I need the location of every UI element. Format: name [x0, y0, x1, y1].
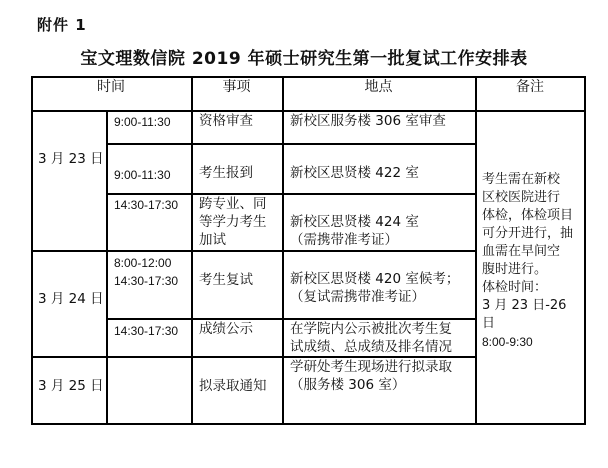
col-divider	[282, 76, 284, 425]
item-cell: 成绩公示	[199, 320, 253, 338]
row-divider	[31, 250, 475, 252]
remarks-line: 可分开进行，抽	[482, 225, 582, 243]
place-line: （服务楼 306 室）	[290, 376, 452, 394]
item-cell: 跨专业、同 等学力考生 加试	[199, 195, 267, 249]
attachment-label: 附件 1	[37, 14, 87, 35]
time-cell: 9:00-11:30	[114, 113, 171, 131]
date-cell: 3 月 24 日	[38, 290, 106, 308]
place-line: 新校区思贤楼 420 室候考；	[290, 270, 459, 288]
col-divider	[475, 76, 477, 425]
date-cell: 3 月 25 日	[38, 377, 106, 395]
place-line: 学研处考生现场进行拟录取	[290, 358, 452, 376]
place-line: 在学院内公示被批次考生复	[290, 320, 452, 338]
place-cell: 新校区思贤楼 424 室 （需携带准考证）	[290, 213, 419, 249]
remarks-line: 区校医院进行	[482, 189, 582, 207]
place-line: 新校区思贤楼 424 室	[290, 213, 419, 231]
place-cell: 学研处考生现场进行拟录取 （服务楼 306 室）	[290, 358, 452, 394]
time-line: 8:00-12:00	[114, 254, 178, 272]
header-place: 地点	[282, 78, 475, 96]
remarks-line: 体检，体检项目	[482, 207, 582, 225]
time-cell: 8:00-12:00 14:30-17:30	[114, 254, 178, 290]
date-cell: 3 月 23 日	[38, 150, 106, 168]
row-divider	[106, 193, 475, 195]
item-cell: 考生复试	[199, 271, 253, 289]
place-cell: 新校区思贤楼 420 室候考； （复试需携带准考证）	[290, 270, 459, 306]
col-divider	[191, 76, 193, 425]
item-line: 等学力考生	[199, 213, 267, 231]
header-time: 时间	[31, 78, 191, 96]
time-cell: 14:30-17:30	[114, 322, 178, 340]
place-line: 试成绩、总成绩及排名情况	[290, 338, 452, 356]
remarks-line: 体检时间：	[482, 279, 582, 297]
item-cell: 拟录取通知	[199, 377, 267, 395]
document-title: 宝文理数信院 2019 年硕士研究生第一批复试工作安排表	[0, 44, 608, 69]
item-cell: 资格审查	[199, 112, 253, 130]
place-cell: 在学院内公示被批次考生复 试成绩、总成绩及排名情况	[290, 320, 452, 356]
col-divider	[106, 110, 108, 424]
remarks-line: 8:00-9:30	[482, 333, 582, 351]
time-line: 14:30-17:30	[114, 272, 178, 290]
time-cell: 9:00-11:30	[114, 166, 171, 184]
row-divider	[106, 143, 475, 145]
remarks-line: 3 月 23 日-26 日	[482, 297, 582, 333]
remarks-line: 腹时进行。	[482, 261, 582, 279]
item-cell: 考生报到	[199, 164, 253, 182]
place-line: （复试需携带准考证）	[290, 288, 459, 306]
remarks-line: 考生需在新校	[482, 171, 582, 189]
place-line: （需携带准考证）	[290, 231, 419, 249]
time-cell: 14:30-17:30	[114, 196, 178, 214]
place-cell: 新校区思贤楼 422 室	[290, 164, 419, 182]
header-item: 事项	[191, 78, 282, 96]
table-border-left	[31, 76, 33, 425]
item-line: 跨专业、同	[199, 195, 267, 213]
place-cell: 新校区服务楼 306 室审查	[290, 112, 446, 130]
remarks-line: 血需在早间空	[482, 243, 582, 261]
header-remarks: 备注	[475, 78, 585, 96]
item-line: 加试	[199, 231, 267, 249]
table-border-right	[584, 76, 586, 425]
table-border-bottom	[31, 423, 586, 425]
remarks-cell: 考生需在新校 区校医院进行 体检，体检项目 可分开进行，抽 血需在早间空 腹时进…	[482, 171, 582, 351]
